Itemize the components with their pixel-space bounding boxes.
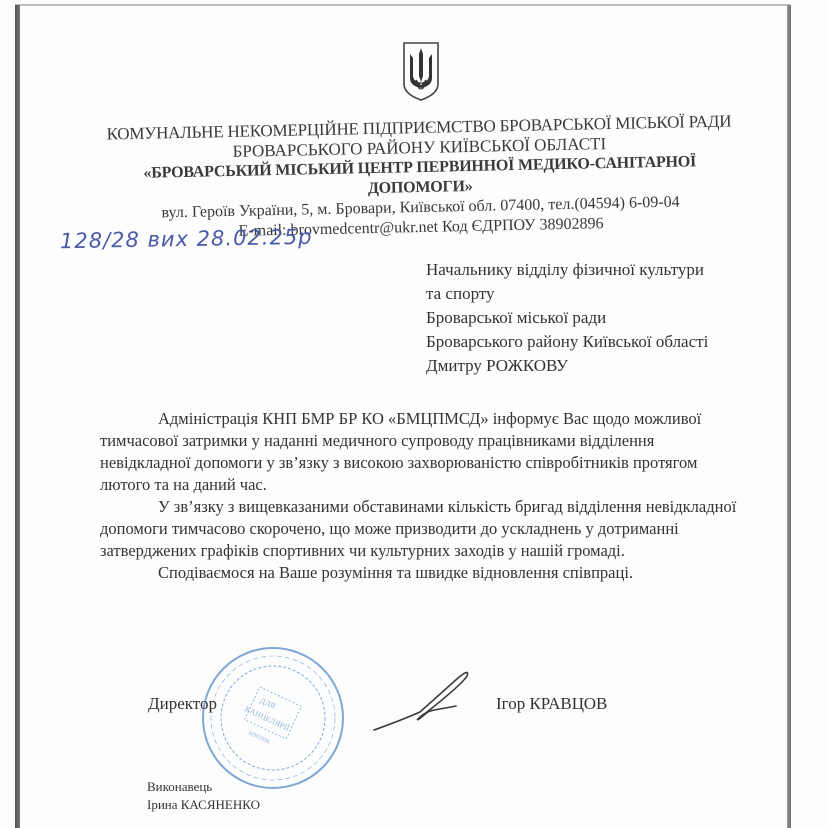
body-paragraph: Адміністрація КНП БМР БР КО «БМЦПМСД» ін… bbox=[100, 408, 740, 496]
recipient-line: Начальнику відділу фізичної культури bbox=[426, 258, 766, 282]
handwritten-registration-number: 128/28 вих 28.02.25р bbox=[60, 225, 313, 253]
letter-body: Адміністрація КНП БМР БР КО «БМЦПМСД» ін… bbox=[100, 408, 740, 584]
recipient-line: та спорту bbox=[426, 282, 766, 306]
executor-block: Виконавець Ірина КАСЯНЕНКО bbox=[147, 778, 260, 814]
coat-of-arms-icon bbox=[401, 40, 441, 102]
recipient-line: Броварської міської ради bbox=[426, 306, 766, 330]
executor-label: Виконавець bbox=[147, 778, 260, 796]
executor-name: Ірина КАСЯНЕНКО bbox=[147, 796, 260, 814]
recipient-block: Начальнику відділу фізичної культури та … bbox=[426, 258, 766, 378]
svg-text:38902896: 38902896 bbox=[246, 730, 270, 746]
signer-position: Директор bbox=[148, 694, 217, 714]
recipient-name: Дмитру РОЖКОВУ bbox=[426, 354, 766, 378]
letterhead: КОМУНАЛЬНЕ НЕКОМЕРЦІЙНЕ ПІДПРИЄМСТВО БРО… bbox=[99, 111, 741, 244]
document-page: КОМУНАЛЬНЕ НЕКОМЕРЦІЙНЕ ПІДПРИЄМСТВО БРО… bbox=[0, 0, 828, 828]
recipient-line: Броварського району Київської області bbox=[426, 330, 766, 354]
body-paragraph: У зв’язку з вищевказаними обставинами кі… bbox=[100, 496, 740, 562]
scan-border-top bbox=[15, 4, 790, 6]
signer-name: Ігор КРАВЦОВ bbox=[496, 694, 607, 714]
handwritten-signature-icon bbox=[372, 668, 482, 738]
body-paragraph: Сподіваємося на Ваше розуміння та швидке… bbox=[100, 562, 740, 584]
